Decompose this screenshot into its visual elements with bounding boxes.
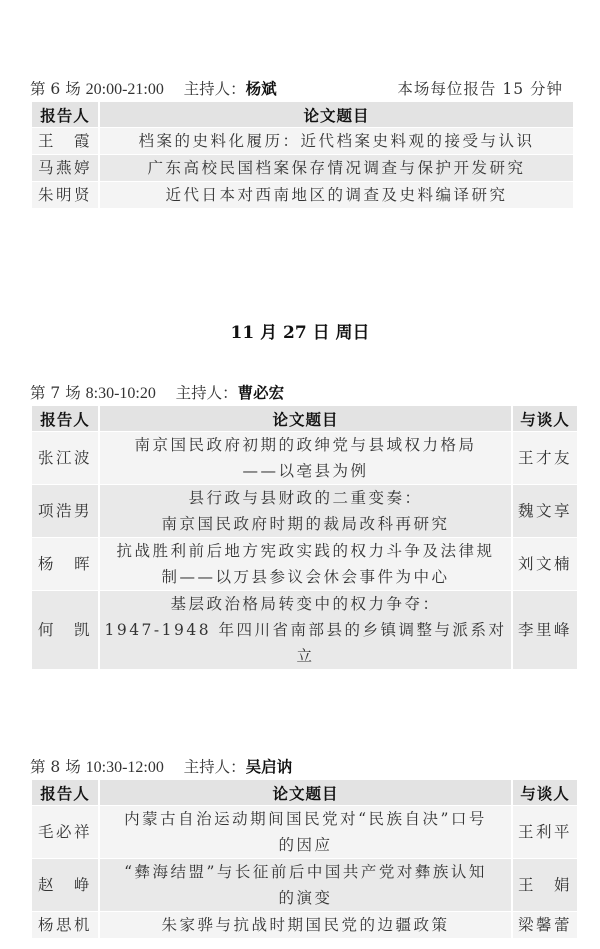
discussant-cell: 王利平 [513,806,577,858]
host-name: 曹必宏 [238,383,285,402]
header-discussant: 与谈人 [513,406,577,431]
title-line: 抗战胜利前后地方宪政实践的权力斗争及法律规 [104,538,507,564]
table-row: 杨思机 朱家骅与抗战时期国民党的边疆政策 梁馨蕾 [32,912,577,938]
title-line: 南京国民政府时期的裁局改科再研究 [104,511,507,537]
header-title: 论文题目 [100,102,573,127]
session-7-table: 报告人 论文题目 与谈人 张江波 南京国民政府初期的政绅党与县域权力格局 ——以… [30,405,579,670]
discussant-cell: 魏文享 [513,485,577,537]
title-cell: 朱家骅与抗战时期国民党的边疆政策 [100,912,511,938]
table-row: 项浩男 县行政与县财政的二重变奏： 南京国民政府时期的裁局改科再研究 魏文享 [32,485,577,537]
title-line: ——以亳县为例 [104,458,507,484]
table-row: 杨 晖 抗战胜利前后地方宪政实践的权力斗争及法律规 制——以万县参议会休会事件为… [32,538,577,590]
discussant-cell: 李里峰 [513,591,577,669]
title-line: 1947-1948 年四川省南部县的乡镇调整与派系对 [104,617,507,643]
session-time: 20:00-21:00 [86,81,164,98]
session-label: 第 8 场 [30,758,81,776]
title-cell: 广东高校民国档案保存情况调查与保护开发研究 [100,155,573,181]
speaker-cell: 杨 晖 [32,538,98,590]
session-6-table: 报告人 论文题目 王 霞 档案的史料化履历：近代档案史料观的接受与认识 马燕婷 … [30,101,575,209]
title-line: 县行政与县财政的二重变奏： [104,485,507,511]
title-line: 立 [104,643,507,669]
discussant-cell: 王 娟 [513,859,577,911]
speaker-cell: 王 霞 [32,128,98,154]
host-label: 主持人： [184,80,246,98]
host-label: 主持人： [184,758,246,776]
table-row: 王 霞 档案的史料化履历：近代档案史料观的接受与认识 [32,128,573,154]
header-speaker: 报告人 [32,780,98,805]
header-speaker: 报告人 [32,102,98,127]
title-cell: “彝海结盟”与长征前后中国共产党对彝族认知 的演变 [100,859,511,911]
host-name: 杨斌 [246,79,277,98]
session-7-header: 第 7 场 8:30-10:20 主持人：曹必宏 [30,382,575,405]
discussant-cell: 梁馨蕾 [513,912,577,938]
header-title: 论文题目 [100,406,511,431]
title-cell: 档案的史料化履历：近代档案史料观的接受与认识 [100,128,573,154]
discussant-cell: 王才友 [513,432,577,484]
speaker-cell: 毛必祥 [32,806,98,858]
session-8-header: 第 8 场 10:30-12:00 主持人：吴启讷 [30,756,575,779]
speaker-cell: 张江波 [32,432,98,484]
speaker-cell: 朱明贤 [32,182,98,208]
header-discussant: 与谈人 [513,780,577,805]
table-header: 报告人 论文题目 与谈人 [32,406,577,431]
table-header: 报告人 论文题目 与谈人 [32,780,577,805]
table-row: 马燕婷 广东高校民国档案保存情况调查与保护开发研究 [32,155,573,181]
host-label: 主持人： [176,384,238,402]
session-label: 第 6 场 [30,80,81,98]
speaker-cell: 赵 峥 [32,859,98,911]
table-row: 何 凯 基层政治格局转变中的权力争夺： 1947-1948 年四川省南部县的乡镇… [32,591,577,669]
table-row: 毛必祥 内蒙古自治运动期间国民党对“民族自决”口号 的因应 王利平 [32,806,577,858]
session-time: 8:30-10:20 [86,385,156,402]
title-line: 制——以万县参议会休会事件为中心 [104,564,507,590]
header-title: 论文题目 [100,780,511,805]
speaker-cell: 杨思机 [32,912,98,938]
table-row: 朱明贤 近代日本对西南地区的调查及史料编译研究 [32,182,573,208]
title-line: 的因应 [104,832,507,858]
title-cell: 近代日本对西南地区的调查及史料编译研究 [100,182,573,208]
host-name: 吴启讷 [246,757,293,776]
session-note: 本场每位报告 15 分钟 [397,78,563,100]
title-line: 的演变 [104,885,507,911]
session-time: 10:30-12:00 [86,759,164,776]
session-label: 第 7 场 [30,384,81,402]
title-line: “彝海结盟”与长征前后中国共产党对彝族认知 [104,859,507,885]
title-cell: 内蒙古自治运动期间国民党对“民族自决”口号 的因应 [100,806,511,858]
table-row: 赵 峥 “彝海结盟”与长征前后中国共产党对彝族认知 的演变 王 娟 [32,859,577,911]
title-line: 南京国民政府初期的政绅党与县域权力格局 [104,432,507,458]
title-cell: 南京国民政府初期的政绅党与县域权力格局 ——以亳县为例 [100,432,511,484]
session-8-table: 报告人 论文题目 与谈人 毛必祥 内蒙古自治运动期间国民党对“民族自决”口号 的… [30,779,579,939]
title-line: 内蒙古自治运动期间国民党对“民族自决”口号 [104,806,507,832]
table-row: 张江波 南京国民政府初期的政绅党与县域权力格局 ——以亳县为例 王才友 [32,432,577,484]
title-line: 基层政治格局转变中的权力争夺： [104,591,507,617]
speaker-cell: 项浩男 [32,485,98,537]
speaker-cell: 何 凯 [32,591,98,669]
header-speaker: 报告人 [32,406,98,431]
date-heading: 11 月 27 日 周日 [0,318,600,343]
title-cell: 抗战胜利前后地方宪政实践的权力斗争及法律规 制——以万县参议会休会事件为中心 [100,538,511,590]
table-header: 报告人 论文题目 [32,102,573,127]
discussant-cell: 刘文楠 [513,538,577,590]
title-cell: 基层政治格局转变中的权力争夺： 1947-1948 年四川省南部县的乡镇调整与派… [100,591,511,669]
title-cell: 县行政与县财政的二重变奏： 南京国民政府时期的裁局改科再研究 [100,485,511,537]
session-6-header: 第 6 场 20:00-21:00 主持人：杨斌 本场每位报告 15 分钟 [30,78,575,101]
speaker-cell: 马燕婷 [32,155,98,181]
